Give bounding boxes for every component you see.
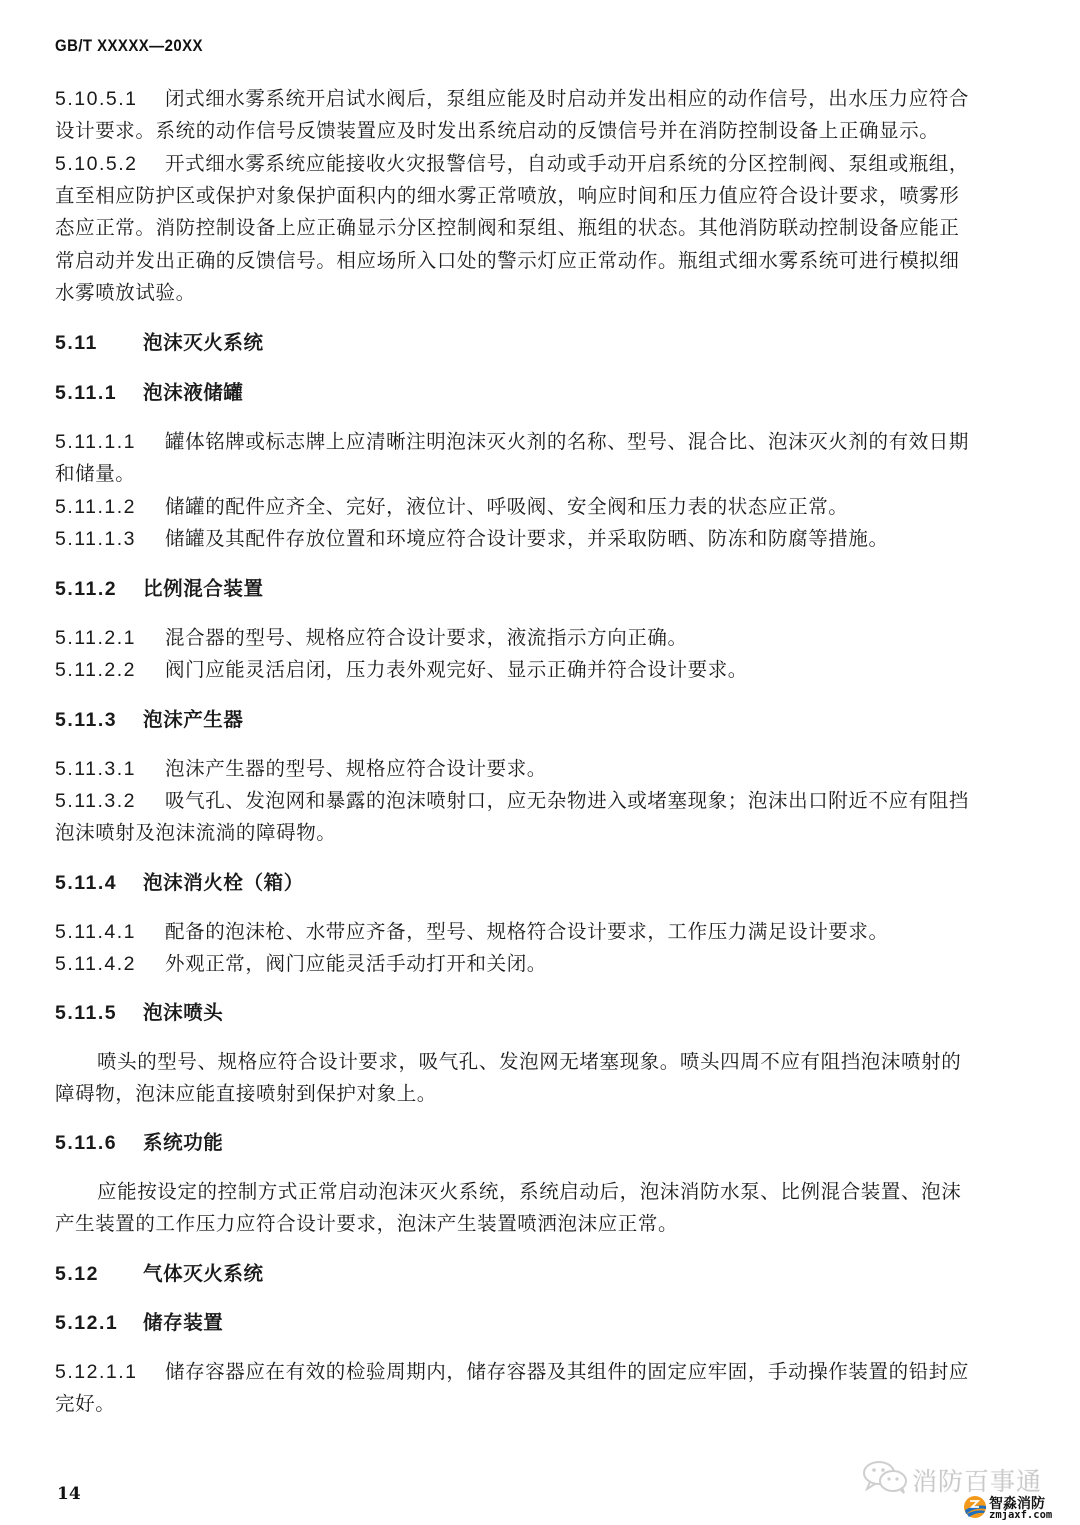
- clause-text: 水雾喷放试验。: [55, 281, 196, 304]
- clause-text: 开式细水雾系统应能接收火灾报警信号，自动或手动开启系统的分区控制阀、泵组或瓶组，: [165, 152, 969, 175]
- section-heading-5-11-6: 5.11.6系统功能: [55, 1131, 223, 1155]
- clause-number: 5.11.1.2: [55, 495, 165, 519]
- paragraph-text: 应能按设定的控制方式正常启动泡沫灭火系统，系统启动后，泡沫消防水泵、比例混合装置…: [97, 1180, 961, 1203]
- clause-5-11-2-1: 5.11.2.1混合器的型号、规格应符合设计要求，液流指示方向正确。: [55, 626, 688, 650]
- clause-text: 储罐的配件应齐全、完好，液位计、呼吸阀、安全阀和压力表的状态应正常。: [165, 495, 848, 518]
- clause-text: 直至相应防护区或保护对象保护面积内的细水雾正常喷放，响应时间和压力值应符合设计要…: [55, 184, 960, 207]
- clause-number: 5.11.2.2: [55, 658, 165, 682]
- heading-number: 5.12.1: [55, 1311, 143, 1335]
- site-logo: 智淼消防 zmjaxf.com: [963, 1493, 1073, 1523]
- clause-5-11-1-1-line-1: 5.11.1.1罐体铭牌或标志牌上应清晰注明泡沫灭火剂的名称、型号、混合比、泡沫…: [55, 430, 969, 454]
- clause-number: 5.11.3.2: [55, 789, 165, 813]
- clause-5-12-1-1-line-2: 完好。: [55, 1392, 115, 1416]
- clause-text: 泡沫喷射及泡沫流淌的障碍物。: [55, 821, 336, 844]
- clause-5-11-4-2: 5.11.4.2外观正常，阀门应能灵活手动打开和关闭。: [55, 952, 547, 976]
- heading-title: 比例混合装置: [143, 577, 264, 600]
- heading-title: 储存装置: [143, 1311, 223, 1334]
- clause-text: 完好。: [55, 1392, 115, 1415]
- clause-5-11-1-1-line-2: 和储量。: [55, 462, 135, 486]
- section-heading-5-11-1: 5.11.1泡沫液储罐: [55, 381, 244, 405]
- clause-number: 5.11.3.1: [55, 757, 165, 781]
- clause-text: 设计要求。系统的动作信号反馈装置应及时发出系统启动的反馈信号并在消防控制设备上正…: [55, 119, 939, 142]
- clause-text: 储存容器应在有效的检验周期内，储存容器及其组件的固定应牢固，手动操作装置的铅封应: [165, 1360, 969, 1383]
- heading-title: 泡沫液储罐: [143, 381, 244, 404]
- clause-number: 5.11.4.2: [55, 952, 165, 976]
- page-number: 14: [57, 1484, 81, 1504]
- heading-title: 泡沫喷头: [143, 1001, 223, 1024]
- clause-number: 5.11.1.1: [55, 430, 165, 454]
- clause-text: 外观正常，阀门应能灵活手动打开和关闭。: [165, 952, 547, 975]
- logo-url: zmjaxf.com: [989, 1509, 1052, 1521]
- clause-number: 5.11.1.3: [55, 527, 165, 551]
- heading-number: 5.11.5: [55, 1001, 143, 1025]
- clause-5-11-3-2-line-2: 泡沫喷射及泡沫流淌的障碍物。: [55, 821, 336, 845]
- clause-5-11-1-3: 5.11.1.3储罐及其配件存放位置和环境应符合设计要求，并采取防晒、防冻和防腐…: [55, 527, 889, 551]
- clause-5-10-5-2-line-4: 常启动并发出正确的反馈信号。相应场所入口处的警示灯应正常动作。瓶组式细水雾系统可…: [55, 249, 960, 273]
- clause-5-10-5-2-line-2: 直至相应防护区或保护对象保护面积内的细水雾正常喷放，响应时间和压力值应符合设计要…: [55, 184, 960, 208]
- paragraph-5-11-5-line-2: 障碍物，泡沫应能直接喷射到保护对象上。: [55, 1082, 437, 1106]
- heading-title: 泡沫消火栓（箱）: [143, 871, 304, 894]
- clause-number: 5.10.5.2: [55, 152, 165, 176]
- paragraph-5-11-5-line-1: 喷头的型号、规格应符合设计要求，吸气孔、发泡网无堵塞现象。喷头四周不应有阻挡泡沫…: [55, 1050, 961, 1074]
- paragraph-text: 喷头的型号、规格应符合设计要求，吸气孔、发泡网无堵塞现象。喷头四周不应有阻挡泡沫…: [97, 1050, 961, 1073]
- section-heading-5-11: 5.11泡沫灭火系统: [55, 331, 264, 355]
- heading-title: 气体灭火系统: [143, 1262, 264, 1285]
- paragraph-5-11-6-line-2: 产生装置的工作压力应符合设计要求，泡沫产生装置喷洒泡沫应正常。: [55, 1212, 678, 1236]
- heading-number: 5.11: [55, 331, 143, 355]
- clause-5-12-1-1-line-1: 5.12.1.1储存容器应在有效的检验周期内，储存容器及其组件的固定应牢固，手动…: [55, 1360, 969, 1384]
- clause-text: 吸气孔、发泡网和暴露的泡沫喷射口，应无杂物进入或堵塞现象；泡沫出口附近不应有阻挡: [165, 789, 969, 812]
- clause-text: 储罐及其配件存放位置和环境应符合设计要求，并采取防晒、防冻和防腐等措施。: [165, 527, 889, 550]
- clause-text: 混合器的型号、规格应符合设计要求，液流指示方向正确。: [165, 626, 688, 649]
- clause-5-10-5-2-line-3: 态应正常。消防控制设备上应正确显示分区控制阀和泵组、瓶组的状态。其他消防联动控制…: [55, 216, 960, 240]
- clause-5-10-5-2-line-1: 5.10.5.2开式细水雾系统应能接收火灾报警信号，自动或手动开启系统的分区控制…: [55, 152, 969, 176]
- clause-number: 5.11.2.1: [55, 626, 165, 650]
- clause-text: 和储量。: [55, 462, 135, 485]
- heading-number: 5.11.4: [55, 871, 143, 895]
- paragraph-5-11-6-line-1: 应能按设定的控制方式正常启动泡沫灭火系统，系统启动后，泡沫消防水泵、比例混合装置…: [55, 1180, 961, 1204]
- paragraph-text: 障碍物，泡沫应能直接喷射到保护对象上。: [55, 1082, 437, 1105]
- heading-number: 5.11.6: [55, 1131, 143, 1155]
- clause-text: 阀门应能灵活启闭，压力表外观完好、显示正确并符合设计要求。: [165, 658, 748, 681]
- section-heading-5-12: 5.12气体灭火系统: [55, 1262, 264, 1286]
- heading-title: 泡沫灭火系统: [143, 331, 264, 354]
- clause-5-10-5-1-line-1: 5.10.5.1闭式细水雾系统开启试水阀后，泵组应能及时启动并发出相应的动作信号…: [55, 87, 969, 111]
- heading-number: 5.11.2: [55, 577, 143, 601]
- heading-title: 泡沫产生器: [143, 708, 244, 731]
- clause-text: 常启动并发出正确的反馈信号。相应场所入口处的警示灯应正常动作。瓶组式细水雾系统可…: [55, 249, 960, 272]
- heading-number: 5.12: [55, 1262, 143, 1286]
- clause-5-11-4-1: 5.11.4.1配备的泡沫枪、水带应齐备，型号、规格符合设计要求，工作压力满足设…: [55, 920, 889, 944]
- clause-text: 泡沫产生器的型号、规格应符合设计要求。: [165, 757, 547, 780]
- clause-number: 5.12.1.1: [55, 1360, 165, 1384]
- section-heading-5-11-3: 5.11.3泡沫产生器: [55, 708, 244, 732]
- standard-code-header: GB/T XXXXX—20XX: [55, 36, 203, 56]
- heading-number: 5.11.3: [55, 708, 143, 732]
- paragraph-text: 产生装置的工作压力应符合设计要求，泡沫产生装置喷洒泡沫应正常。: [55, 1212, 678, 1235]
- section-heading-5-11-4: 5.11.4泡沫消火栓（箱）: [55, 871, 304, 895]
- clause-text: 配备的泡沫枪、水带应齐备，型号、规格符合设计要求，工作压力满足设计要求。: [165, 920, 889, 943]
- section-heading-5-11-2: 5.11.2比例混合装置: [55, 577, 264, 601]
- clause-number: 5.11.4.1: [55, 920, 165, 944]
- heading-title: 系统功能: [143, 1131, 223, 1154]
- zm-logo-icon: [963, 1495, 987, 1519]
- section-heading-5-11-5: 5.11.5泡沫喷头: [55, 1001, 223, 1025]
- heading-number: 5.11.1: [55, 381, 143, 405]
- clause-5-11-2-2: 5.11.2.2阀门应能灵活启闭，压力表外观完好、显示正确并符合设计要求。: [55, 658, 748, 682]
- clause-5-11-3-2-line-1: 5.11.3.2吸气孔、发泡网和暴露的泡沫喷射口，应无杂物进入或堵塞现象；泡沫出…: [55, 789, 969, 813]
- clause-5-11-1-2: 5.11.1.2储罐的配件应齐全、完好，液位计、呼吸阀、安全阀和压力表的状态应正…: [55, 495, 848, 519]
- clause-5-10-5-2-line-5: 水雾喷放试验。: [55, 281, 196, 305]
- clause-number: 5.10.5.1: [55, 87, 165, 111]
- wechat-icon: [862, 1460, 910, 1494]
- clause-text: 罐体铭牌或标志牌上应清晰注明泡沫灭火剂的名称、型号、混合比、泡沫灭火剂的有效日期: [165, 430, 969, 453]
- clause-text: 闭式细水雾系统开启试水阀后，泵组应能及时启动并发出相应的动作信号，出水压力应符合: [165, 87, 969, 110]
- clause-5-11-3-1: 5.11.3.1泡沫产生器的型号、规格应符合设计要求。: [55, 757, 547, 781]
- clause-5-10-5-1-line-2: 设计要求。系统的动作信号反馈装置应及时发出系统启动的反馈信号并在消防控制设备上正…: [55, 119, 939, 143]
- section-heading-5-12-1: 5.12.1储存装置: [55, 1311, 223, 1335]
- clause-text: 态应正常。消防控制设备上应正确显示分区控制阀和泵组、瓶组的状态。其他消防联动控制…: [55, 216, 960, 239]
